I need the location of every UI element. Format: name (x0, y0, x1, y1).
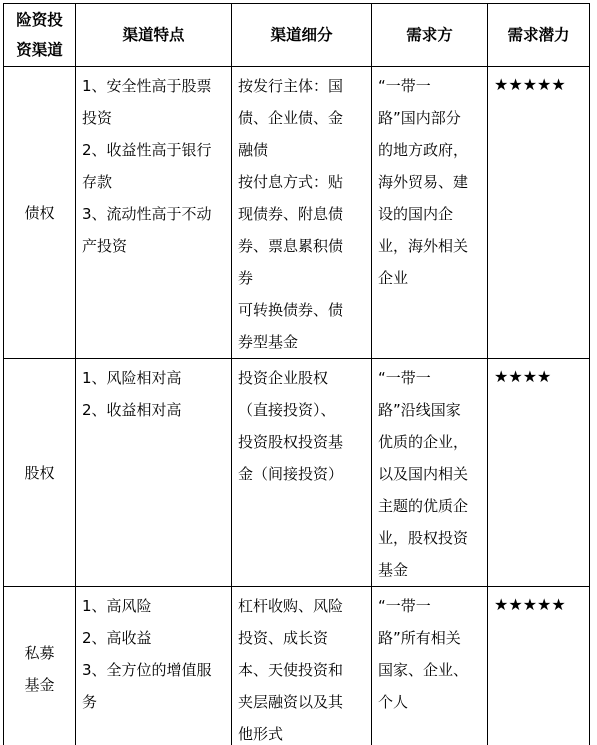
cell-line: “一带一 (378, 590, 481, 622)
cell-line: 本、天使投资和 (238, 654, 365, 686)
cell-line: 以及国内相关 (378, 458, 481, 490)
cell-line: （直接投资）、 (238, 394, 365, 426)
cell-line: 1、安全性高于股票 (82, 70, 225, 102)
cell-line: 债权 (4, 197, 75, 229)
cell-line: 基金 (4, 669, 75, 701)
cell-line: 股权 (4, 457, 75, 489)
cell-line: 2、收益相对高 (82, 394, 225, 426)
table-row: 债权 1、安全性高于股票投资2、收益性高于银行存款3、流动性高于不动产投资 按发… (4, 67, 590, 359)
channel-cell: 私募基金 (4, 587, 76, 745)
header-channel: 险资投 资渠道 (4, 4, 76, 67)
cell-line: 个人 (378, 686, 481, 718)
cell-line: 按付息方式：贴 (238, 166, 365, 198)
star-rating-icon: ★★★★★ (494, 70, 583, 98)
table-row: 私募基金 1、高风险2、高收益3、全方位的增值服务 杠杆收购、风险投资、成长资本… (4, 587, 590, 745)
cell-line: “一带一 (378, 70, 481, 102)
potential-cell: ★★★★ (488, 359, 590, 587)
cell-line: 券 (238, 262, 365, 294)
features-cell: 1、安全性高于股票投资2、收益性高于银行存款3、流动性高于不动产投资 (76, 67, 232, 359)
cell-line: 3、流动性高于不动 (82, 198, 225, 230)
cell-line: 券、票息累积债 (238, 230, 365, 262)
cell-line: 投资、成长资 (238, 622, 365, 654)
cell-line: 他形式 (238, 718, 365, 745)
features-cell: 1、高风险2、高收益3、全方位的增值服务 (76, 587, 232, 745)
cell-line: 现债券、附息债 (238, 198, 365, 230)
cell-line: 投资 (82, 102, 225, 134)
cell-line: 路”沿线国家 (378, 394, 481, 426)
cell-line: 业，海外相关 (378, 230, 481, 262)
star-rating-icon: ★★★★★ (494, 590, 583, 618)
header-row: 险资投 资渠道 渠道特点 渠道细分 需求方 需求潜力 (4, 4, 590, 67)
header-demand-side: 需求方 (372, 4, 488, 67)
subdivision-cell: 杠杆收购、风险投资、成长资本、天使投资和夹层融资以及其他形式 (232, 587, 372, 745)
cell-line: 按发行主体：国 (238, 70, 365, 102)
header-potential: 需求潜力 (488, 4, 590, 67)
demand-side-cell: “一带一路”国内部分的地方政府，海外贸易、建设的国内企业，海外相关企业 (372, 67, 488, 359)
cell-line: 主题的优质企 (378, 490, 481, 522)
subdivision-cell: 按发行主体：国债、企业债、金融债按付息方式：贴现债券、附息债券、票息累积债券可转… (232, 67, 372, 359)
cell-line: 可转换债券、债 (238, 294, 365, 326)
channel-cell: 股权 (4, 359, 76, 587)
cell-line: 设的国内企 (378, 198, 481, 230)
subdivision-cell: 投资企业股权（直接投资）、投资股权投资基金（间接投资） (232, 359, 372, 587)
header-subdivision: 渠道细分 (232, 4, 372, 67)
cell-line: 基金 (378, 554, 481, 586)
cell-line: 3、全方位的增值服 (82, 654, 225, 686)
cell-line: 1、高风险 (82, 590, 225, 622)
cell-line: 杠杆收购、风险 (238, 590, 365, 622)
potential-cell: ★★★★★ (488, 67, 590, 359)
features-cell: 1、风险相对高2、收益相对高 (76, 359, 232, 587)
cell-line: 国家、企业、 (378, 654, 481, 686)
cell-line: 债、企业债、金 (238, 102, 365, 134)
cell-line: 的地方政府， (378, 134, 481, 166)
cell-line: 产投资 (82, 230, 225, 262)
cell-line: 海外贸易、建 (378, 166, 481, 198)
cell-line: 私募 (4, 637, 75, 669)
channel-cell: 债权 (4, 67, 76, 359)
cell-line: 2、高收益 (82, 622, 225, 654)
cell-line: 路”国内部分 (378, 102, 481, 134)
cell-line: 存款 (82, 166, 225, 198)
cell-line: 投资股权投资基 (238, 426, 365, 458)
cell-line: 业，股权投资 (378, 522, 481, 554)
cell-line: 务 (82, 686, 225, 718)
table-row: 股权 1、风险相对高2、收益相对高 投资企业股权（直接投资）、投资股权投资基金（… (4, 359, 590, 587)
demand-side-cell: “一带一路”所有相关国家、企业、个人 (372, 587, 488, 745)
cell-line: 2、收益性高于银行 (82, 134, 225, 166)
cell-line: “一带一 (378, 362, 481, 394)
header-features: 渠道特点 (76, 4, 232, 67)
demand-side-cell: “一带一路”沿线国家优质的企业，以及国内相关主题的优质企业，股权投资基金 (372, 359, 488, 587)
star-rating-icon: ★★★★ (494, 362, 583, 390)
cell-line: 优质的企业， (378, 426, 481, 458)
cell-line: 融债 (238, 134, 365, 166)
cell-line: 夹层融资以及其 (238, 686, 365, 718)
cell-line: 企业 (378, 262, 481, 294)
cell-line: 路”所有相关 (378, 622, 481, 654)
cell-line: 1、风险相对高 (82, 362, 225, 394)
insurance-investment-channels-table: 险资投 资渠道 渠道特点 渠道细分 需求方 需求潜力 债权 1、安全性高于股票投… (3, 3, 590, 745)
cell-line: 金（间接投资） (238, 458, 365, 490)
potential-cell: ★★★★★ (488, 587, 590, 745)
cell-line: 投资企业股权 (238, 362, 365, 394)
cell-line: 券型基金 (238, 326, 365, 358)
